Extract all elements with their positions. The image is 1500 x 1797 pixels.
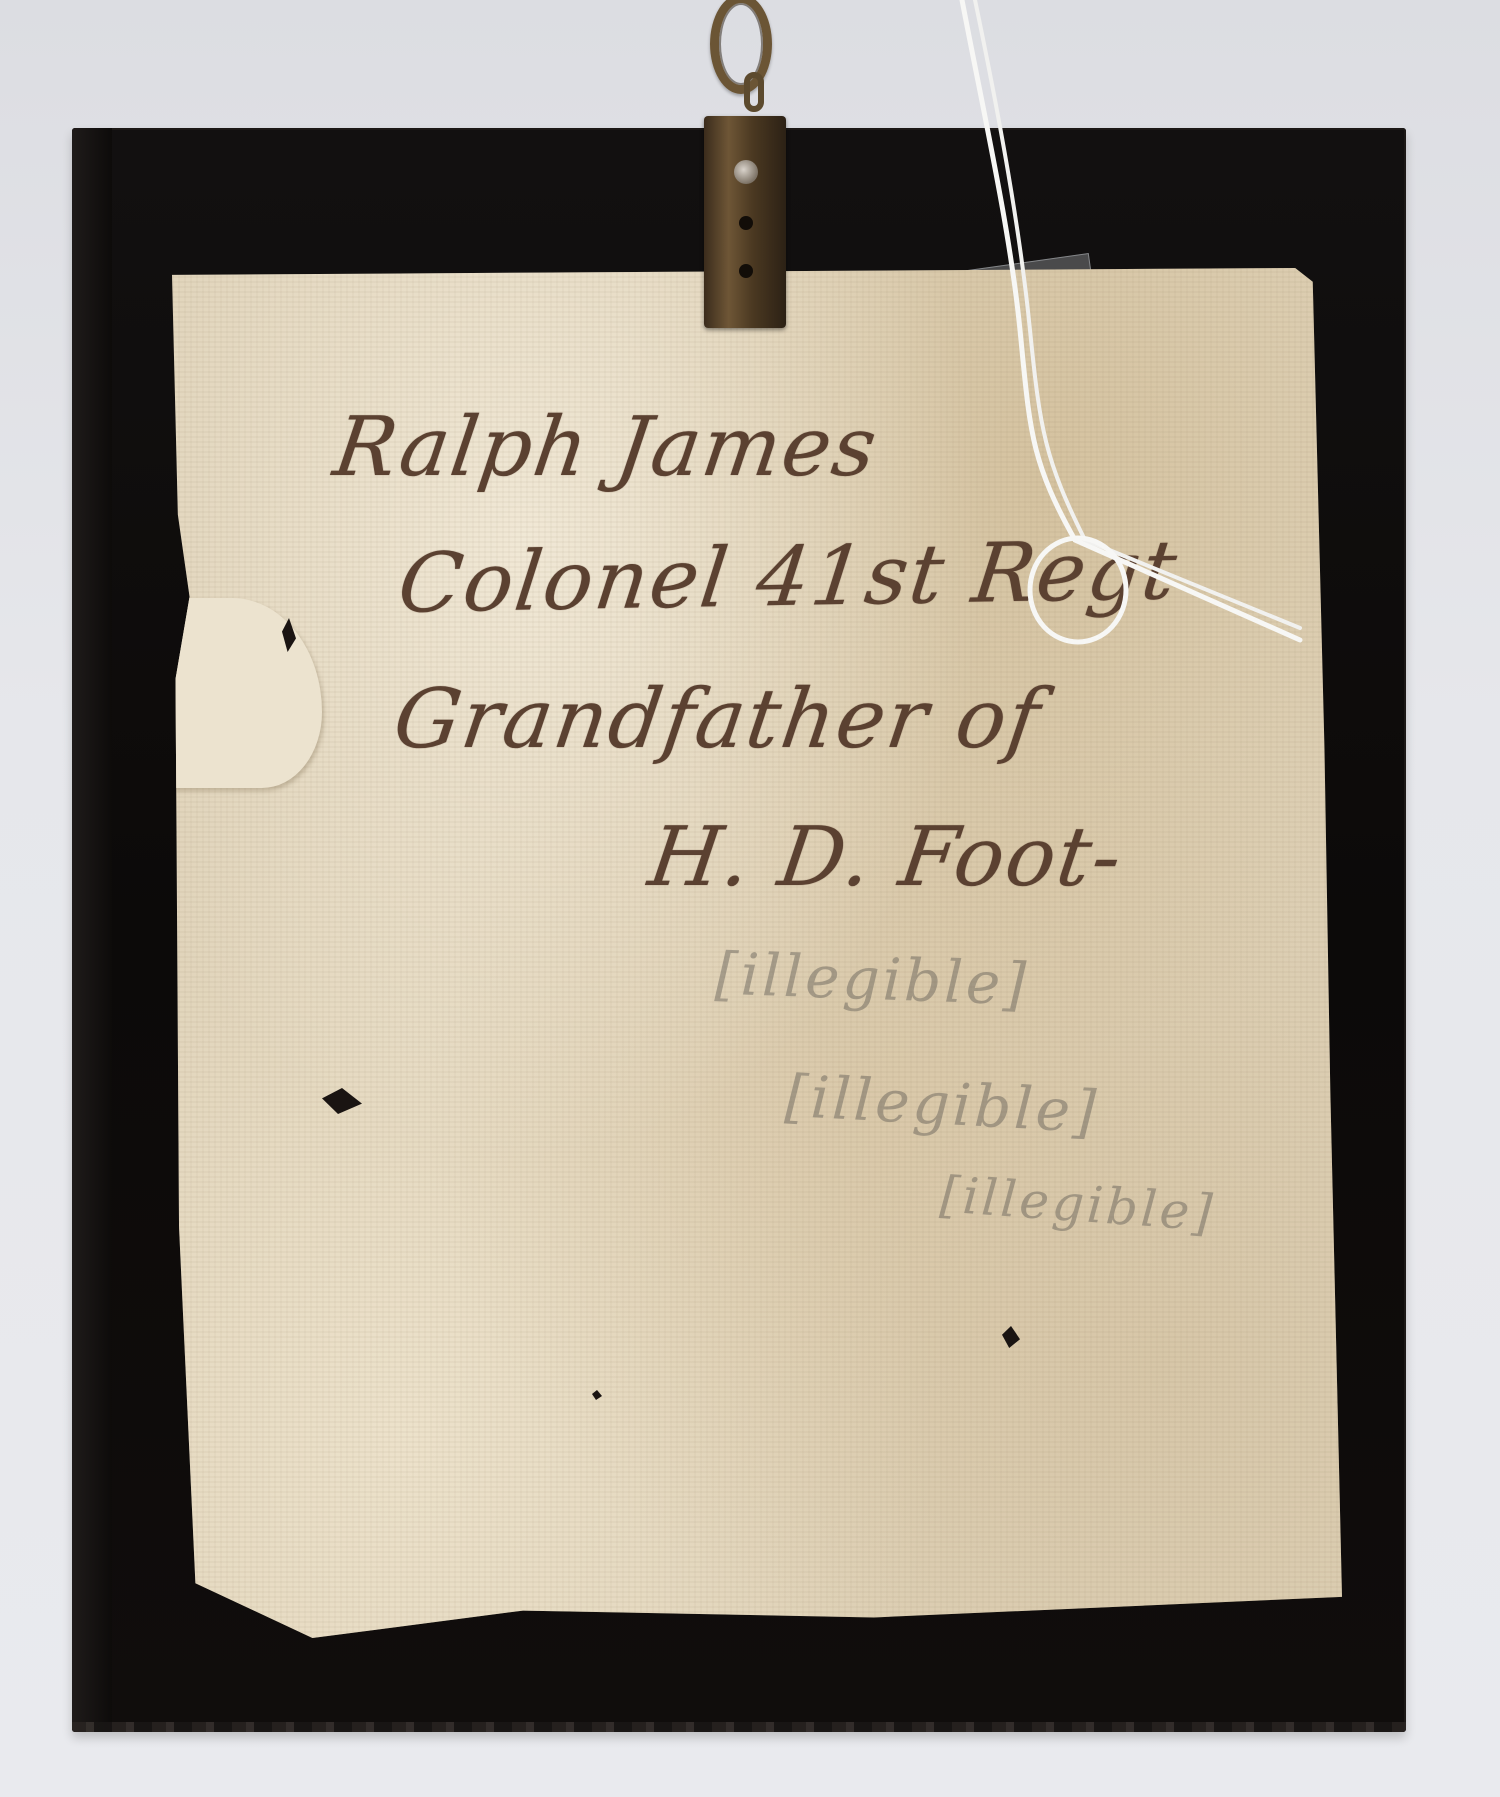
tag-string-icon: [0, 0, 1500, 1797]
photo-scene: Ralph James Colonel 41st Regt Grandfathe…: [0, 0, 1500, 1797]
